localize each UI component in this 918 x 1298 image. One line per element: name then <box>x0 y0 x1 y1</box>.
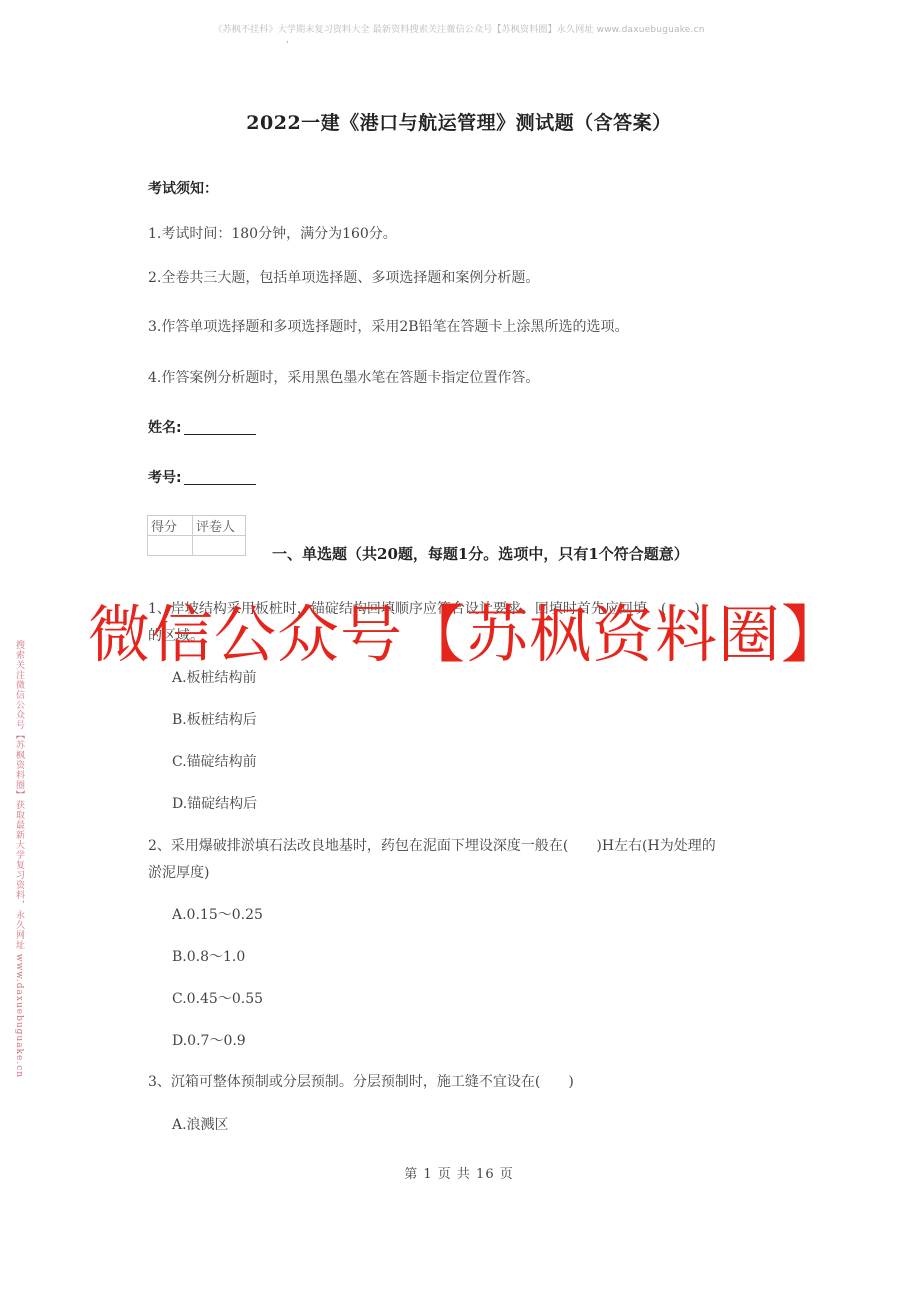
question-2-option-d: D.0.7～0.9 <box>172 1030 246 1050</box>
document-title: 2022一建《港口与航运管理》测试题（含答案） <box>0 108 918 135</box>
name-field[interactable]: 姓名: <box>148 417 256 437</box>
header-banner: 《苏枫不挂科》大学期末复习资料大全 最新资料搜索关注微信公众号【苏枫资料圈】永久… <box>0 22 918 35</box>
question-2-stem-cont: 淤泥厚度) <box>148 862 209 882</box>
question-2-option-a: A.0.15～0.25 <box>172 904 263 924</box>
notice-heading: 考试须知： <box>148 178 218 198</box>
watermark-overlay: 微信公众号【苏枫资料圈】 <box>88 604 844 666</box>
question-3-option-a: A.浪溅区 <box>172 1114 229 1134</box>
score-table-value-row <box>148 536 246 556</box>
exam-number-field[interactable]: 考号: <box>148 467 256 487</box>
score-header: 得分 <box>148 516 193 536</box>
grader-header: 评卷人 <box>193 516 246 536</box>
notice-item: 4.作答案例分析题时，采用黑色墨水笔在答题卡指定位置作答。 <box>148 367 539 387</box>
score-table-header-row: 得分 评卷人 <box>148 516 246 536</box>
name-blank[interactable] <box>184 420 256 435</box>
question-2-option-c: C.0.45～0.55 <box>172 988 263 1008</box>
exam-number-blank[interactable] <box>184 470 256 485</box>
question-1-option-b: B.板桩结构后 <box>172 709 257 729</box>
question-2-stem: 2、采用爆破排淤填石法改良地基时，药包在泥面下埋设深度一般在( )H左右(H为处… <box>148 835 716 855</box>
question-1-option-d: D.锚碇结构后 <box>172 793 257 813</box>
question-2-option-b: B.0.8～1.0 <box>172 946 245 966</box>
notice-item: 2.全卷共三大题，包括单项选择题、多项选择题和案例分析题。 <box>148 267 539 287</box>
side-watermark-note: 搜索关注微信公众号【苏枫资料圈】获取最新大学复习资料，永久网址 www.daxu… <box>14 640 26 1078</box>
notice-item: 3.作答单项选择题和多项选择题时，采用2B铅笔在答题卡上涂黑所选的选项。 <box>148 316 629 336</box>
score-table: 得分 评卷人 <box>147 515 246 556</box>
exam-number-label: 考号: <box>148 470 182 486</box>
name-label: 姓名: <box>148 420 182 436</box>
page-footer: 第 1 页 共 16 页 <box>0 1163 918 1182</box>
header-banner-mark: ， <box>286 32 295 45</box>
question-3-stem: 3、沉箱可整体预制或分层预制。分层预制时，施工缝不宜设在( ) <box>148 1071 574 1091</box>
notice-item: 1.考试时间：180分钟，满分为160分。 <box>148 223 397 243</box>
grader-cell <box>193 536 246 556</box>
score-cell <box>148 536 193 556</box>
section-title: 一、单选题（共20题，每题1分。选项中，只有1个符合题意） <box>272 543 689 564</box>
question-1-option-c: C.锚碇结构前 <box>172 751 257 771</box>
